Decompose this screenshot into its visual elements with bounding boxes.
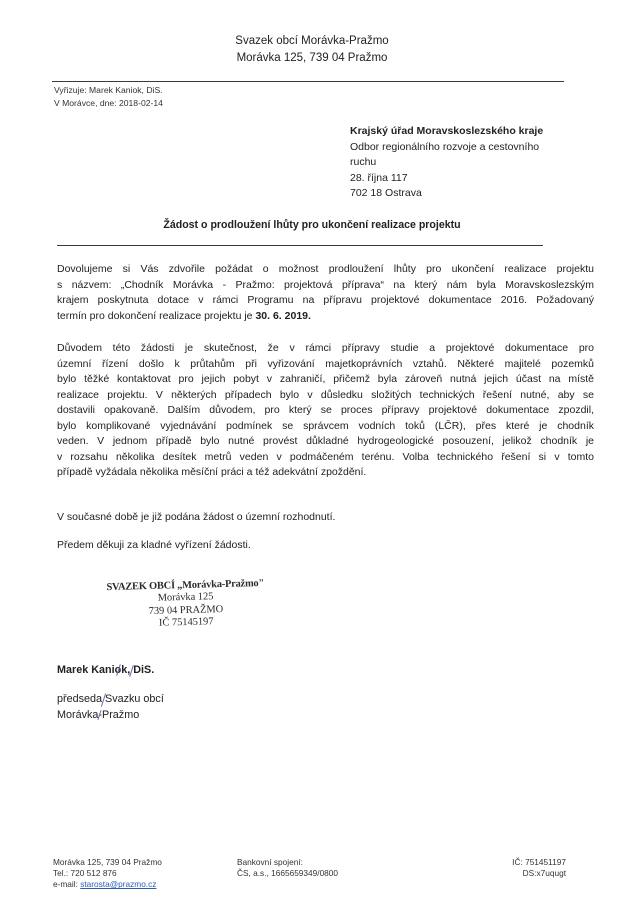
data-box-id: DS:x7uqugt	[470, 868, 566, 879]
text-line: bylo komplikované vyjednávání podmínek s…	[57, 419, 594, 435]
signatory-name: Marek Kaniok, DiS.	[57, 664, 154, 676]
text-line: Důvodem této žádosti je skutečnost, že v…	[57, 341, 594, 357]
header-divider	[52, 81, 564, 82]
bank-label: Bankovní spojení:	[237, 857, 338, 868]
official-stamp: SVAZEK OBCÍ „Morávka-Pražmo" Morávka 125…	[106, 578, 265, 632]
letterhead-address: Morávka 125, 739 04 Pražmo	[0, 50, 624, 67]
company-id: IČ: 751451197	[470, 857, 566, 868]
recipient-dept: Odbor regionálního rozvoje a cestovního	[350, 140, 543, 156]
text-line: krajem poskytnuta dotace v rámci Program…	[57, 293, 594, 309]
handled-by: Vyřizuje: Marek Kaniok, DiS.	[54, 84, 163, 97]
letterhead-org: Svazek obcí Morávka-Pražmo	[0, 33, 624, 50]
signatory-role: předseda Svazku obcí Morávka-Pražmo	[57, 691, 164, 723]
letter-meta: Vyřizuje: Marek Kaniok, DiS. V Morávce, …	[54, 84, 163, 110]
footer-email-row: e-mail: starosta@prazmo.cz	[53, 879, 162, 890]
recipient-street: 28. října 117	[350, 171, 543, 187]
text-line: bylo těžké kontaktovat pro jejich pobyt …	[57, 372, 594, 388]
place-date: V Morávce, dne: 2018-02-14	[54, 97, 163, 110]
email-label: e-mail:	[53, 879, 80, 889]
email-link[interactable]: starosta@prazmo.cz	[80, 879, 156, 889]
text-line: případě vyžádala několika měsíční práci …	[57, 465, 594, 481]
body-paragraph-1: Dovolujeme si Vás zdvořile požádat o mož…	[57, 262, 594, 324]
body-paragraph-2: Důvodem této žádosti je skutečnost, že v…	[57, 341, 594, 481]
bank-account: ČS, a.s., 1665659349/0800	[237, 868, 338, 879]
body-paragraph-3: V současné době je již podána žádost o ú…	[57, 510, 594, 526]
recipient-city: 702 18 Ostrava	[350, 186, 543, 202]
footer-ids: IČ: 751451197 DS:x7uqugt	[470, 857, 566, 879]
text-line: územní řízení došlo k průtahům při vyřiz…	[57, 357, 594, 373]
recipient-address: Krajský úřad Moravskoslezského kraje Odb…	[350, 124, 543, 202]
text-line: Dovolujeme si Vás zdvořile požádat o mož…	[57, 262, 594, 278]
text-line: s názvem: „Chodník Morávka - Pražmo: pro…	[57, 278, 594, 294]
text-line: termín pro dokončení realizace projektu …	[57, 309, 594, 325]
subject-divider	[57, 245, 543, 246]
text-line: realizace projektu. V některých případec…	[57, 388, 594, 404]
footer-bank: Bankovní spojení: ČS, a.s., 1665659349/0…	[237, 857, 338, 879]
text-line: dostavili opakovaně. Dalším důvodem, pro…	[57, 403, 594, 419]
deadline-date: 30. 6. 2019.	[255, 310, 310, 322]
text-line: veden. V jednom případě bylo nutné prové…	[57, 434, 594, 450]
recipient-name: Krajský úřad Moravskoslezského kraje	[350, 124, 543, 140]
footer-contact: Morávka 125, 739 04 Pražmo Tel.: 720 512…	[53, 857, 162, 891]
deadline-intro: termín pro dokončení realizace projektu …	[57, 310, 255, 322]
signatory-role-line: Morávka-Pražmo	[57, 707, 164, 723]
letter-subject: Žádost o prodloužení lhůty pro ukončení …	[0, 219, 624, 231]
footer-address: Morávka 125, 739 04 Pražmo	[53, 857, 162, 868]
letterhead: Svazek obcí Morávka-Pražmo Morávka 125, …	[0, 33, 624, 67]
recipient-dept-cont: ruchu	[350, 155, 543, 171]
footer-phone: Tel.: 720 512 876	[53, 868, 162, 879]
body-paragraph-4: Předem děkuji za kladné vyřízení žádosti…	[57, 538, 594, 554]
signatory-role-line: předseda Svazku obcí	[57, 691, 164, 707]
text-line: v rozsahu několika desítek metrů veden v…	[57, 450, 594, 466]
